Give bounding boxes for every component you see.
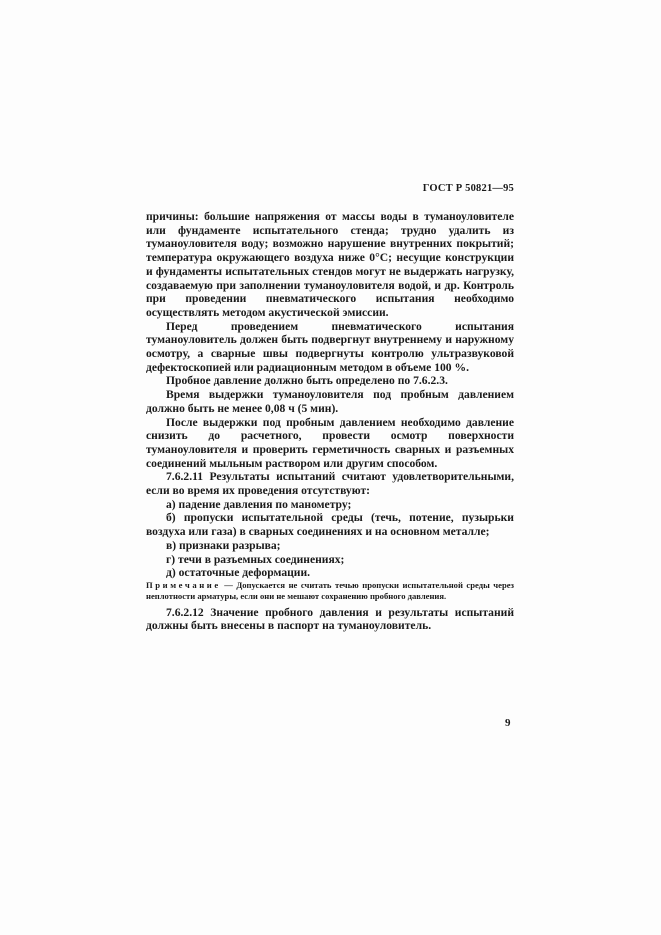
page-number: 9 [505, 717, 511, 729]
paragraph-holding-time: Время выдержки туманоуловителя под пробн… [146, 388, 514, 415]
list-item-a: а) падение давления по манометру; [146, 498, 514, 512]
paragraph-test-pressure: Пробное давление должно быть определено … [146, 374, 514, 388]
note-label: Примечание [146, 580, 221, 590]
list-item-b: б) пропуски испытательной среды (течь, п… [146, 511, 514, 538]
document-body: причины: большие напряжения от массы вод… [146, 210, 514, 633]
list-item-g: г) течи в разъемных соединениях; [146, 553, 514, 567]
paragraph-causes: причины: большие напряжения от массы вод… [146, 210, 514, 320]
document-header: ГОСТ Р 50821—95 [420, 183, 514, 194]
paragraph-inspection: Перед проведением пневматического испыта… [146, 320, 514, 375]
section-7-6-2-11: 7.6.2.11 Результаты испытаний считают уд… [146, 470, 514, 497]
paragraph-after-holding: После выдержки под пробным давлением нео… [146, 416, 514, 471]
section-7-6-2-12: 7.6.2.12 Значение пробного давления и ре… [146, 606, 514, 633]
list-item-v: в) признаки разрыва; [146, 539, 514, 553]
list-item-d: д) остаточные деформации. [146, 566, 514, 580]
note: Примечание — Допускается не считать течь… [146, 580, 514, 602]
